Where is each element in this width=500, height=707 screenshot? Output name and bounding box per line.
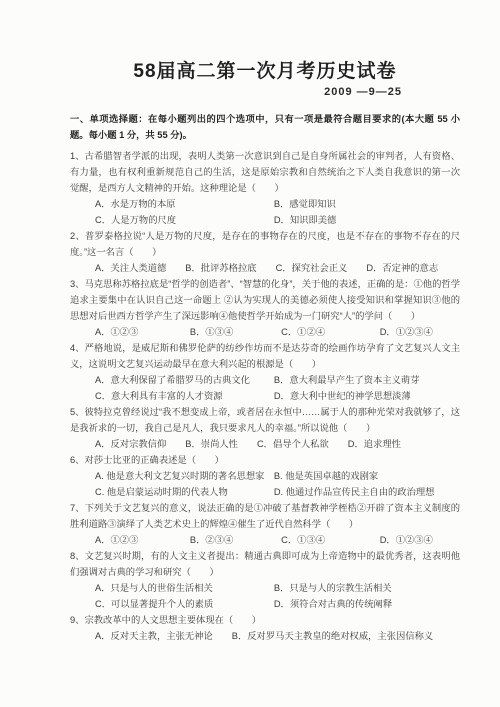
question-option: A．反对天主教，主张无神论 [95, 631, 213, 641]
question-option: C．可以显著提升个人的素质 [95, 596, 274, 612]
question-stem: 9、宗教改革中的人文思想主要体现在（ ） [70, 612, 460, 628]
question-option: D. 他通过作品宣传民主自由的政治理想 [274, 484, 460, 500]
question-option: A．关注人类道德 [95, 263, 166, 273]
question-block: 4、严格地说，是威尼斯和佛罗伦萨的纺纱作坊而不是达芬奇的绘画作坊孕育了文艺复兴人… [70, 340, 460, 404]
question-block: 6、对莎士比亚的正确表述是（ ）A. 他是意大利文艺复兴时期的著名思想家B. 他… [70, 452, 460, 500]
question-option: B．批评苏格拉底 [185, 263, 256, 273]
question-stem: 1、古希腊智者学派的出现，表明人类第一次意识到自己是自身所属社会的审判者，人有资… [70, 148, 460, 196]
question-stem: 7、下列关于文艺复兴的意义，说法正确的是①冲破了基督教神学桎梏②开辟了资本主义制… [70, 500, 460, 532]
question-option: C．①③④ [281, 532, 380, 548]
question-option: B．②③④ [190, 532, 281, 548]
question-options: A．只是与人的世俗生活相关B．只是与人的宗教生活相关C．可以显著提升个人的素质D… [70, 580, 460, 612]
question-option: B．感觉即知识 [274, 196, 460, 212]
question-block: 8、文艺复兴时期，有的人文主义者提出：精通古典即可成为上帝造物中的最优秀者，这表… [70, 548, 460, 612]
question-block: 2、普罗泰格拉说“人是万物的尺度，是存在的事物存在的尺度，也是不存在的事物不存在… [70, 228, 460, 276]
question-options: A．反对宗教信仰B．崇尚人性C．倡导个人私欲D．追求理性 [70, 436, 460, 452]
question-stem: 3、马克思称苏格拉底是“哲学的创造者”、“智慧的化身”，关于他的表述，正确的是：… [70, 276, 460, 324]
question-options: A．关注人类道德B．批评苏格拉底C．探究社会正义D．否定神的意志 [70, 260, 460, 276]
question-option: B．意大利最早产生了资本主义萌芽 [274, 372, 460, 388]
question-option: C. 他是启蒙运动时期的代表人物 [95, 484, 274, 500]
question-block: 7、下列关于文艺复兴的意义，说法正确的是①冲破了基督教神学桎梏②开辟了资本主义制… [70, 500, 460, 548]
question-block: 5、彼特拉克曾经说过“我不想变成上帝，或者居在永恒中……属于人的那种光荣对我就够… [70, 404, 460, 452]
question-options: A．意大利保留了希腊罗马的古典文化B．意大利最早产生了资本主义萌芽C．意大利具有… [70, 372, 460, 404]
question-option: A．①②③ [95, 532, 190, 548]
question-option: A．意大利保留了希腊罗马的古典文化 [95, 372, 274, 388]
question-stem: 6、对莎士比亚的正确表述是（ ） [70, 452, 460, 468]
question-option: C．倡导个人私欲 [257, 439, 329, 449]
question-option: A．水是万物的本原 [95, 196, 274, 212]
question-option: A．①②③ [95, 324, 190, 340]
question-option: D．否定神的意志 [366, 263, 438, 273]
question-option: A．反对宗教信仰 [95, 439, 166, 449]
question-option: D．意大利中世纪的神学思想淡薄 [274, 388, 460, 404]
question-options: A. 他是意大利文艺复兴时期的著名思想家B. 他是英国卓越的戏剧家C. 他是启蒙… [70, 468, 460, 500]
question-option: D．追求理性 [348, 439, 401, 449]
question-option: C．人是万物的尺度 [95, 212, 274, 228]
question-option: C．探究社会正义 [276, 263, 348, 273]
question-option: B．崇尚人性 [185, 439, 238, 449]
question-block: 9、宗教改革中的人文思想主要体现在（ ）A．反对天主教，主张无神论B．反对罗马天… [70, 612, 460, 644]
question-option: A．只是与人的世俗生活相关 [95, 580, 274, 596]
question-options: A．反对天主教，主张无神论B．反对罗马天主教皇的绝对权威，主张因信称义 [70, 628, 460, 644]
question-stem: 5、彼特拉克曾经说过“我不想变成上帝，或者居在永恒中……属于人的那种光荣对我就够… [70, 404, 460, 436]
question-options: A．①②③B．①③④C．①②④D．①②③④ [70, 324, 460, 340]
question-stem: 4、严格地说，是威尼斯和佛罗伦萨的纺纱作坊而不是达芬奇的绘画作坊孕育了文艺复兴人… [70, 340, 460, 372]
question-stem: 8、文艺复兴时期，有的人文主义者提出：精通古典即可成为上帝造物中的最优秀者，这表… [70, 548, 460, 580]
question-options: A．①②③B．②③④C．①③④D．①②③④ [70, 532, 460, 548]
question-option: A. 他是意大利文艺复兴时期的著名思想家 [95, 468, 274, 484]
question-option: B. 他是英国卓越的戏剧家 [274, 468, 460, 484]
section-header: 一、单项选择题：在每小题列出的四个选项中，只有一项是最符合题目要求的(本大题 5… [70, 111, 460, 143]
question-option: C．意大利具有丰富的人才资源 [95, 388, 274, 404]
question-block: 1、古希腊智者学派的出现，表明人类第一次意识到自己是自身所属社会的审判者，人有资… [70, 148, 460, 228]
question-stem: 2、普罗泰格拉说“人是万物的尺度，是存在的事物存在的尺度，也是不存在的事物不存在… [70, 228, 460, 260]
question-option: B．①③④ [190, 324, 281, 340]
question-option: D．须符合对古典的传统阐释 [274, 596, 460, 612]
question-options: A．水是万物的本原B．感觉即知识C．人是万物的尺度D．知识即美德 [70, 196, 460, 228]
question-block: 3、马克思称苏格拉底是“哲学的创造者”、“智慧的化身”，关于他的表述，正确的是：… [70, 276, 460, 340]
question-option: D．①②③④ [380, 532, 460, 548]
question-option: C．①②④ [281, 324, 380, 340]
exam-paper-page: 58届高二第一次月考历史试卷 2009 —9—25 一、单项选择题：在每小题列出… [0, 0, 500, 707]
exam-title: 58届高二第一次月考历史试卷 [70, 56, 460, 83]
question-option: B．反对罗马天主教皇的绝对权威，主张因信称义 [232, 631, 433, 641]
exam-date: 2009 —9—25 [70, 86, 402, 98]
question-list: 1、古希腊智者学派的出现，表明人类第一次意识到自己是自身所属社会的审判者，人有资… [70, 148, 460, 644]
question-option: D．知识即美德 [274, 212, 460, 228]
question-option: B．只是与人的宗教生活相关 [274, 580, 460, 596]
question-option: D．①②③④ [380, 324, 460, 340]
